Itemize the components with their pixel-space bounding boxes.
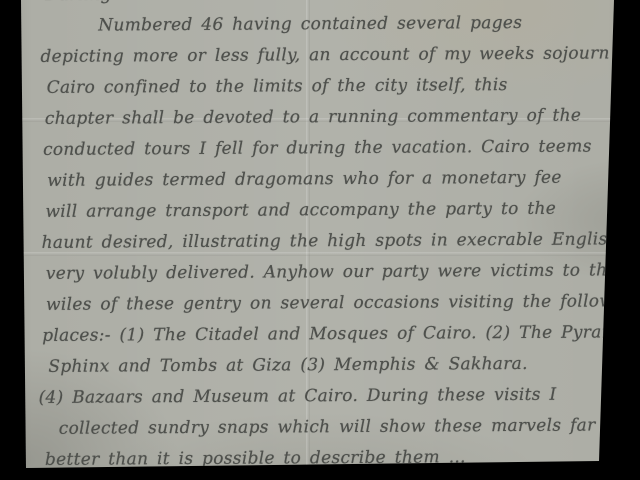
letter-line: with guides termed dragomans who for a m… xyxy=(47,162,623,197)
letter-line: collected sundry snaps which will show t… xyxy=(59,410,625,444)
letter-line: Cairo confined to the limits of the city… xyxy=(47,69,623,104)
letter-line: (4) Bazaars and Museum at Cairo. During … xyxy=(38,379,624,414)
photo-background: DarlingNumbered 46 having contained seve… xyxy=(0,0,640,480)
letter-line: Sphinx and Tombs at Giza (3) Memphis & S… xyxy=(48,348,624,383)
letter-line: places:- (1) The Citadel and Mosques of … xyxy=(42,317,624,352)
letter-line: haunt desired, illustrating the high spo… xyxy=(42,224,624,259)
letter-line: better than it is possible to describe t… xyxy=(45,441,625,476)
letter-line: will arrange transport and accompany the… xyxy=(45,193,623,228)
letter-line: depicting more or less fully, an account… xyxy=(40,38,622,73)
letter-line: Numbered 46 having contained several pag… xyxy=(98,7,622,41)
letter-text: DarlingNumbered 46 having contained seve… xyxy=(22,0,625,476)
letter-line: very volubly delivered. Anyhow our party… xyxy=(46,255,624,290)
letter-page: DarlingNumbered 46 having contained seve… xyxy=(0,0,640,480)
letter-line: chapter shall be devoted to a running co… xyxy=(45,100,623,135)
letter-line: wiles of these gentry on several occasio… xyxy=(46,286,624,321)
letter-line: conducted tours I fell for during the va… xyxy=(43,131,623,166)
